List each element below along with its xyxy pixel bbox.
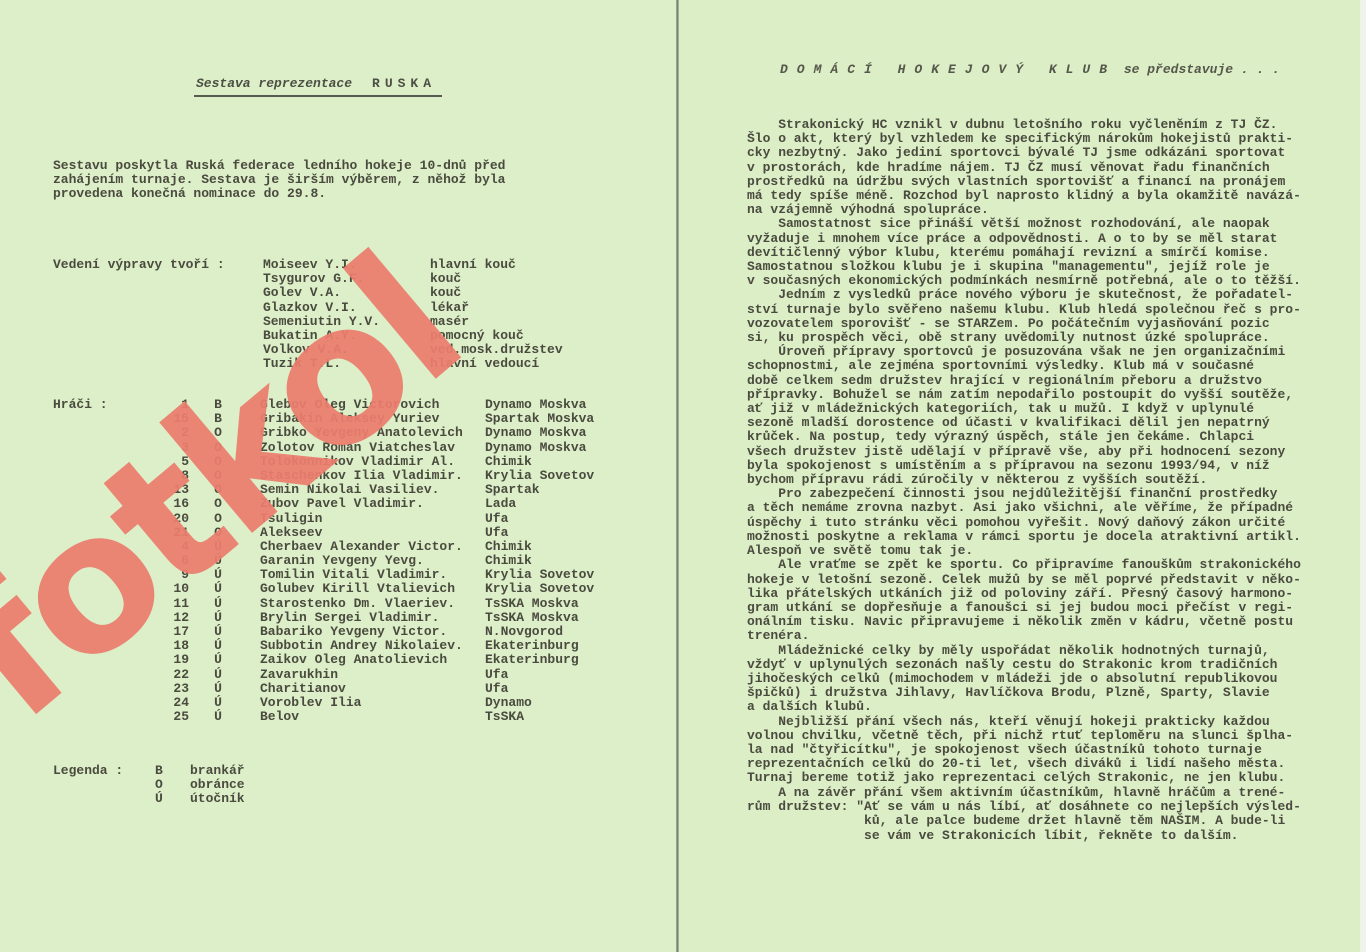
player-name: Tomilin Vitali Vladimir.	[260, 568, 485, 582]
player-row: 5OTolokonnikov Vladimir Al.Chimik	[165, 455, 594, 469]
legend-key: B	[155, 764, 190, 778]
article-line: Úroveň přípravy sportovců je posuzována …	[747, 345, 1347, 359]
player-number: 18	[165, 639, 189, 653]
article-line: na vzájemně výhodná spolupráce.	[747, 203, 1347, 217]
article-line: Turnaj bereme totiž jako reprezentaci ce…	[747, 771, 1347, 785]
staff-role: pomocný kouč	[430, 329, 524, 343]
article-line: všech družstev jistě udělají v přípravě …	[747, 445, 1347, 459]
player-name: Gribakin Aleksey Yuriev	[260, 412, 485, 426]
player-club: Lada	[485, 497, 516, 511]
player-row: 13OSemin Nikolai Vasiliev.Spartak	[165, 483, 594, 497]
player-club: Ufa	[485, 668, 508, 682]
staff-name: Glazkov V.I.	[263, 301, 430, 315]
player-row: 9ÚTomilin Vitali Vladimir.Krylia Sovetov	[165, 568, 594, 582]
staff-name: Moiseev Y.I.	[263, 258, 430, 272]
roster-title: Sestava reprezentaceRUSKA	[194, 76, 442, 97]
article-line: a těch nemáme zrovna nazbyt. Asi jako vš…	[747, 501, 1347, 515]
player-row: 25ÚBelovTsSKA	[165, 710, 594, 724]
article-line: prostředků na údržbu svých vlastních spo…	[747, 175, 1347, 189]
intro-line: zahájením turnaje. Sestava je širším výb…	[53, 173, 505, 187]
article-line: Alespoň ve světě tomu tak je.	[747, 544, 1347, 558]
player-number: 10	[165, 582, 189, 596]
player-number: 2	[165, 426, 189, 440]
player-name: Zavarukhin	[260, 668, 485, 682]
player-name: Staschenkov Ilia Vladimir.	[260, 469, 485, 483]
closing-line: ků, ale palce budeme držet hlavně těm NA…	[747, 814, 1301, 828]
player-row: 19ÚZaikov Oleg AnatolievichEkaterinburg	[165, 653, 594, 667]
player-name: Zolotov Roman Viatcheslav	[260, 441, 485, 455]
player-name: Starostenko Dm. Vlaeriev.	[260, 597, 485, 611]
player-club: TsSKA Moskva	[485, 611, 579, 625]
player-club: Chimik	[485, 540, 532, 554]
article-line: Ale vraťme se zpět ke sportu. Co připrav…	[747, 558, 1347, 572]
player-position: B	[204, 412, 232, 426]
article-line: lika přátelských utkáních již od polovin…	[747, 587, 1347, 601]
players-table: 1BGlebov Oleg VictorovichDynamo Moskva15…	[165, 398, 594, 724]
players-label: Hráči :	[53, 398, 108, 412]
article-line: byla spokojenost s umístěním a s příprav…	[747, 459, 1347, 473]
player-number: 3	[165, 441, 189, 455]
player-number: 15	[165, 412, 189, 426]
player-name: Subbotin Andrey Nikolaiev.	[260, 639, 485, 653]
article-line: onálním tisku. Navic připravujeme i něko…	[747, 615, 1347, 629]
article-line: Strakonický HC vznikl v dubnu letošního …	[747, 118, 1347, 132]
player-number: 20	[165, 512, 189, 526]
staff-role: kouč	[430, 286, 461, 300]
player-club: Chimik	[485, 455, 532, 469]
player-club: Chimik	[485, 554, 532, 568]
player-name: Charitianov	[260, 682, 485, 696]
staff-row: Moiseev Y.I.hlavní kouč	[263, 258, 563, 272]
player-name: Golubev Kirill Vtalievich	[260, 582, 485, 596]
player-name: Brylin Sergei Vladimir.	[260, 611, 485, 625]
article-line: Pro zabezpečení činnosti jsou nejdůležit…	[747, 487, 1347, 501]
article-line: době celkem sedm družstev hrající v regi…	[747, 374, 1347, 388]
player-number: 22	[165, 668, 189, 682]
article-line: Mládežnické celky by měly uspořádat něko…	[747, 644, 1347, 658]
player-position: B	[204, 398, 232, 412]
legend-meaning: brankář	[190, 764, 245, 778]
player-number: 8	[165, 469, 189, 483]
player-position: O	[204, 497, 232, 511]
article-line: trenéra.	[747, 629, 1347, 643]
legend-meaning: obránce	[190, 778, 245, 792]
article-line: přípravky. Bohužel se nám zatím nepodaři…	[747, 388, 1347, 402]
player-row: 4ÚCherbaev Alexander Victor.Chimik	[165, 540, 594, 554]
article-line: možnosti poskytne a reklama v rámci spor…	[747, 530, 1347, 544]
player-name: Zubov Pavel Vladimir.	[260, 497, 485, 511]
player-position: O	[204, 526, 232, 540]
legend-meaning: útočník	[190, 792, 245, 806]
player-position: Ú	[204, 696, 232, 710]
player-club: Ekaterinburg	[485, 639, 579, 653]
legend-key: O	[155, 778, 190, 792]
staff-row: Bukatin A.Y.pomocný kouč	[263, 329, 563, 343]
club-article-closing: A na závěr přání všem aktivním účastníků…	[747, 786, 1301, 843]
player-club: Krylia Sovetov	[485, 582, 594, 596]
staff-name: Golev V.A.	[263, 286, 430, 300]
player-number: 9	[165, 568, 189, 582]
player-number: 13	[165, 483, 189, 497]
staff-role: hlavní kouč	[430, 258, 516, 272]
player-row: 15BGribakin Aleksey YurievSpartak Moskva	[165, 412, 594, 426]
player-position: O	[204, 426, 232, 440]
article-line: vozovatelem sporovišť - se STARZem. Po p…	[747, 317, 1347, 331]
legend-list: BbrankářOobránceÚútočník	[155, 764, 245, 807]
staff-row: Volkov V.A.ved.mosk.družstev	[263, 343, 563, 357]
player-row: 6ÚGaranin Yevgeny Yevg.Chimik	[165, 554, 594, 568]
staff-role: kouč	[430, 272, 461, 286]
player-position: Ú	[204, 554, 232, 568]
player-position: Ú	[204, 582, 232, 596]
player-position: O	[204, 469, 232, 483]
player-club: Ufa	[485, 682, 508, 696]
player-name: Tsuligin	[260, 512, 485, 526]
legend-row: Úútočník	[155, 792, 245, 806]
article-line: ství turnaje bylo svěřeno našemu klubu. …	[747, 303, 1347, 317]
staff-list: Moiseev Y.I.hlavní koučTsygurov G.F.kouč…	[263, 258, 563, 372]
roster-title-text: Sestava reprezentace	[196, 76, 352, 91]
article-line: krůček. Na postup, tedy výrazný úspěch, …	[747, 430, 1347, 444]
staff-row: Tsygurov G.F.kouč	[263, 272, 563, 286]
legend-label: Legenda :	[53, 764, 123, 778]
staff-role: lékař	[430, 301, 469, 315]
intro-line: Sestavu poskytla Ruská federace ledního …	[53, 159, 505, 173]
player-name: Cherbaev Alexander Victor.	[260, 540, 485, 554]
player-row: 10ÚGolubev Kirill VtalievichKrylia Sovet…	[165, 582, 594, 596]
player-position: Ú	[204, 625, 232, 639]
article-line: vždyť v uplynulých sezonách našly cestu …	[747, 658, 1347, 672]
staff-row: Tuzik T.L.hlavní vedoucí	[263, 357, 563, 371]
article-line: jihočeských celků (mimochodem v mládeži …	[747, 672, 1347, 686]
player-position: O	[204, 483, 232, 497]
player-row: 24ÚVoroblev IliaDynamo	[165, 696, 594, 710]
player-club: Ufa	[485, 512, 508, 526]
player-position: O	[204, 455, 232, 469]
player-number: 21	[165, 526, 189, 540]
staff-name: Tsygurov G.F.	[263, 272, 430, 286]
player-club: Spartak Moskva	[485, 412, 594, 426]
page-edge	[1360, 0, 1366, 952]
player-club: Ufa	[485, 526, 508, 540]
article-line: ať již v mládežnických kategoriích, tak …	[747, 402, 1347, 416]
player-position: Ú	[204, 597, 232, 611]
player-number: 24	[165, 696, 189, 710]
staff-name: Tuzik T.L.	[263, 357, 430, 371]
article-line: volnou chvilku, včetně těch, při nichž r…	[747, 729, 1347, 743]
player-position: Ú	[204, 668, 232, 682]
player-club: Dynamo Moskva	[485, 426, 586, 440]
player-row: 17ÚBabariko Yevgeny Victor.N.Novgorod	[165, 625, 594, 639]
staff-label: Vedení výpravy tvoří :	[53, 258, 225, 272]
player-position: Ú	[204, 639, 232, 653]
player-row: 20OTsuliginUfa	[165, 512, 594, 526]
staff-row: Semeniutin Y.V.masér	[263, 315, 563, 329]
player-row: 23ÚCharitianovUfa	[165, 682, 594, 696]
player-position: O	[204, 441, 232, 455]
player-number: 16	[165, 497, 189, 511]
article-line: cky nezbytný. Jako jediní sportovci býva…	[747, 146, 1347, 160]
player-name: Zaikov Oleg Anatolievich	[260, 653, 485, 667]
closing-line: se vám ve Strakonicích líbit, řekněte to…	[747, 829, 1301, 843]
player-name: Garanin Yevgeny Yevg.	[260, 554, 485, 568]
player-position: Ú	[204, 568, 232, 582]
article-line: vyžaduje i mnohem více práce a odpovědno…	[747, 232, 1347, 246]
article-line: Nejbližší přání všech nás, kteří věnují …	[747, 715, 1347, 729]
player-club: Dynamo	[485, 696, 532, 710]
player-row: 2OGribko Yevgeny AnatolevichDynamo Moskv…	[165, 426, 594, 440]
article-line: gram utkání se dopřesňuje a fanoušci si …	[747, 601, 1347, 615]
player-club: TsSKA	[485, 710, 524, 724]
staff-name: Bukatin A.Y.	[263, 329, 430, 343]
article-line: má tedy spíše méně. Rozchod byl naprosto…	[747, 189, 1347, 203]
club-article-title: DOMÁCÍ HOKEJOVÝ KLUB se představuje . . …	[780, 62, 1280, 77]
player-number: 25	[165, 710, 189, 724]
player-name: Glebov Oleg Victorovich	[260, 398, 485, 412]
roster-title-country: RUSKA	[372, 76, 436, 91]
player-number: 17	[165, 625, 189, 639]
player-position: Ú	[204, 611, 232, 625]
article-line: bychom přípravu rádi zúročily v některou…	[747, 473, 1347, 487]
player-row: 16OZubov Pavel Vladimir.Lada	[165, 497, 594, 511]
player-name: Tolokonnikov Vladimir Al.	[260, 455, 485, 469]
legend-row: Oobránce	[155, 778, 245, 792]
player-name: Belov	[260, 710, 485, 724]
player-number: 6	[165, 554, 189, 568]
staff-row: Glazkov V.I.lékař	[263, 301, 563, 315]
player-club: Krylia Sovetov	[485, 568, 594, 582]
article-line: úspěchy i tuto stránku věci pomohou vyře…	[747, 516, 1347, 530]
staff-role: ved.mosk.družstev	[430, 343, 563, 357]
player-row: 22ÚZavarukhinUfa	[165, 668, 594, 682]
article-line: la nad "čtyřicítku", je spokojenost všec…	[747, 743, 1347, 757]
player-position: Ú	[204, 710, 232, 724]
player-name: Alekseev	[260, 526, 485, 540]
intro-line: provedena konečná nominace do 29.8.	[53, 187, 505, 201]
staff-name: Volkov V.A.	[263, 343, 430, 357]
article-line: v současných ekonomických podmínkách nes…	[747, 274, 1347, 288]
article-line: reprezentačních celků do 20-ti let, všec…	[747, 757, 1347, 771]
closing-line: A na závěr přání všem aktivním účastníků…	[747, 786, 1301, 800]
player-club: Dynamo Moskva	[485, 441, 586, 455]
article-line: schopnostmi, ale zejména sportovními výs…	[747, 359, 1347, 373]
article-line: Jedním z vysledků práce nového výboru je…	[747, 288, 1347, 302]
club-article-title-caps: DOMÁCÍ HOKEJOVÝ KLUB	[780, 62, 1116, 77]
article-line: si, ku prospěch věci, obě strany uvědomi…	[747, 331, 1347, 345]
player-row: 8OStaschenkov Ilia Vladimir.Krylia Sovet…	[165, 469, 594, 483]
club-article-title-tail: se představuje . . .	[1124, 62, 1280, 77]
staff-role: hlavní vedoucí	[430, 357, 539, 371]
player-name: Babariko Yevgeny Victor.	[260, 625, 485, 639]
player-number: 5	[165, 455, 189, 469]
player-name: Semin Nikolai Vasiliev.	[260, 483, 485, 497]
player-row: 21OAlekseevUfa	[165, 526, 594, 540]
legend-key: Ú	[155, 792, 190, 806]
player-row: 11ÚStarostenko Dm. Vlaeriev.TsSKA Moskva	[165, 597, 594, 611]
player-number: 23	[165, 682, 189, 696]
player-name: Gribko Yevgeny Anatolevich	[260, 426, 485, 440]
staff-row: Golev V.A.kouč	[263, 286, 563, 300]
player-club: Dynamo Moskva	[485, 398, 586, 412]
article-line: špičků) i družstva Jihlavy, Havlíčkova B…	[747, 686, 1347, 700]
player-row: 18ÚSubbotin Andrey Nikolaiev.Ekaterinbur…	[165, 639, 594, 653]
article-line: devítičlenný výbor klubu, kterému pomáha…	[747, 246, 1347, 260]
left-page: Sestava reprezentaceRUSKA Sestavu poskyt…	[0, 0, 677, 952]
player-row: 3OZolotov Roman ViatcheslavDynamo Moskva	[165, 441, 594, 455]
player-club: Spartak	[485, 483, 540, 497]
player-number: 12	[165, 611, 189, 625]
article-line: a dalších klubů.	[747, 700, 1347, 714]
staff-name: Semeniutin Y.V.	[263, 315, 430, 329]
player-name: Voroblev Ilia	[260, 696, 485, 710]
legend-row: Bbrankář	[155, 764, 245, 778]
player-number: 4	[165, 540, 189, 554]
player-number: 19	[165, 653, 189, 667]
roster-intro: Sestavu poskytla Ruská federace ledního …	[53, 159, 505, 202]
article-line: v prostorách, kde hradíme nájem. TJ ČZ m…	[747, 161, 1347, 175]
closing-line: rům družstev: "Ať se vám u nás líbí, ať …	[747, 800, 1301, 814]
player-row: 1BGlebov Oleg VictorovichDynamo Moskva	[165, 398, 594, 412]
club-article-body: Strakonický HC vznikl v dubnu letošního …	[747, 118, 1347, 786]
article-line: hokeje v letošní sezoně. Celek mužů by s…	[747, 573, 1347, 587]
player-number: 11	[165, 597, 189, 611]
article-line: sezoně mladší dorostence od účasti v kva…	[747, 416, 1347, 430]
player-position: Ú	[204, 540, 232, 554]
article-line: Samostatnou složkou klubu je i skupina "…	[747, 260, 1347, 274]
player-position: Ú	[204, 653, 232, 667]
player-position: Ú	[204, 682, 232, 696]
article-line: Samostatnost sice přináší větší možnost …	[747, 217, 1347, 231]
article-line: Šlo o akt, který byl vzhledem ke specifi…	[747, 132, 1347, 146]
staff-role: masér	[430, 315, 469, 329]
player-number: 1	[165, 398, 189, 412]
player-row: 12ÚBrylin Sergei Vladimir.TsSKA Moskva	[165, 611, 594, 625]
player-club: N.Novgorod	[485, 625, 563, 639]
player-club: TsSKA Moskva	[485, 597, 579, 611]
player-club: Krylia Sovetov	[485, 469, 594, 483]
player-position: O	[204, 512, 232, 526]
player-club: Ekaterinburg	[485, 653, 579, 667]
